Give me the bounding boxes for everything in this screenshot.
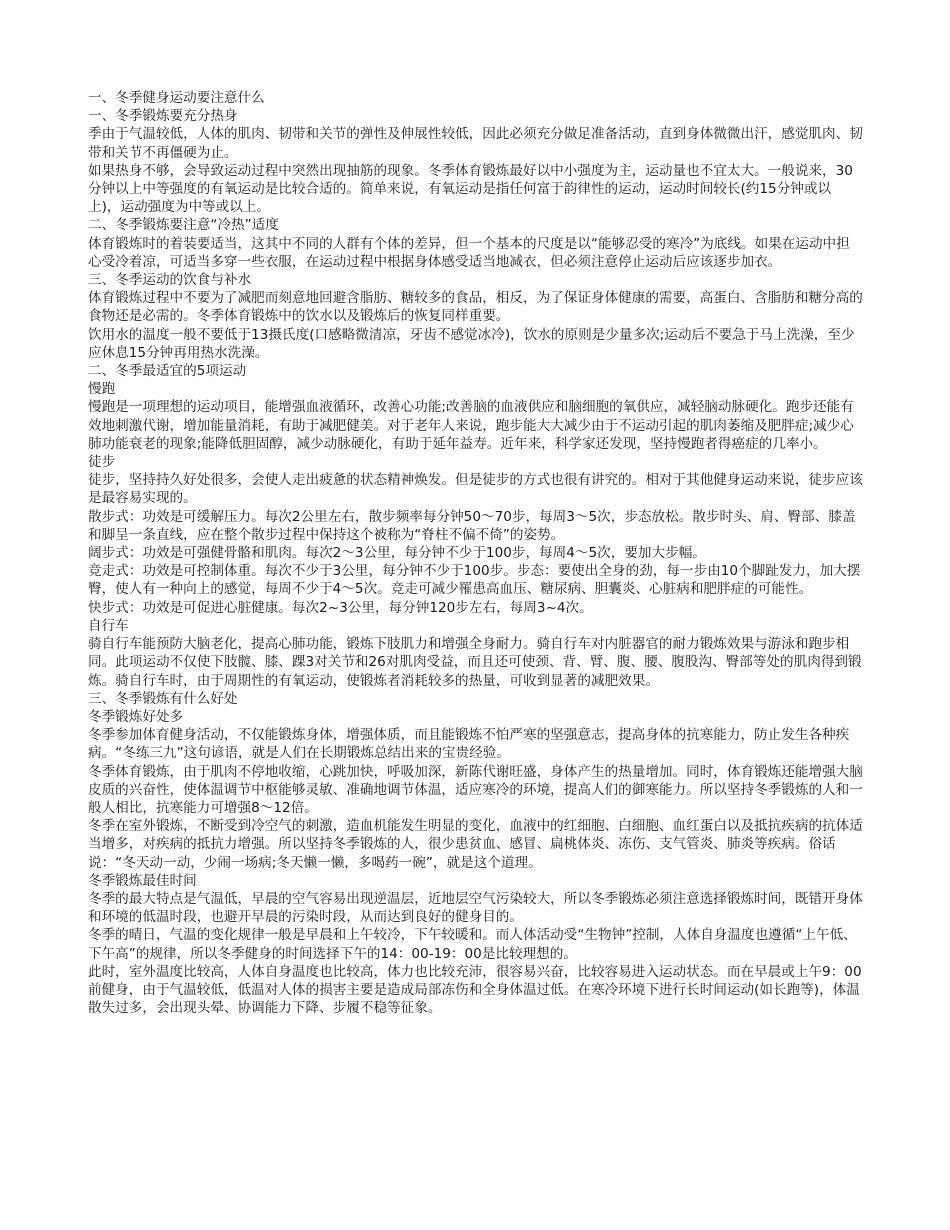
subheading: 慢跑 — [88, 380, 863, 398]
paragraph: 慢跑是一项理想的运动项目，能增强血液循环，改善心功能;改善脑的血液供应和脑细胞的… — [88, 398, 863, 453]
subheading: 冬季锻炼好处多 — [88, 708, 863, 726]
paragraph: 竞走式：功效是可控制体重。每次不少于3公里，每分钟不少于100步。步态：要使出全… — [88, 562, 863, 598]
paragraph: 此时，室外温度比较高，人体自身温度也比较高，体力也比较充沛，很容易兴奋，比较容易… — [88, 963, 863, 1018]
document-page: 一、冬季健身运动要注意什么 一、冬季锻炼要充分热身 季由于气温较低，人体的肌肉、… — [88, 89, 863, 1017]
paragraph: 徒步，坚持持久好处很多，会使人走出疲惫的状态精神焕发。但是徒步的方式也很有讲究的… — [88, 471, 863, 507]
paragraph: 冬季体育锻炼，由于肌肉不停地收缩，心跳加快，呼吸加深，新陈代谢旺盛，身体产生的热… — [88, 763, 863, 818]
paragraph: 冬季参加体育健身活动，不仅能锻炼身体，增强体质，而且能锻炼不怕严寒的坚强意志，提… — [88, 726, 863, 762]
paragraph: 阔步式：功效是可强健骨骼和肌肉。每次2～3公里，每分钟不少于100步，每周4～5… — [88, 544, 863, 562]
paragraph: 骑自行车能预防大脑老化，提高心肺功能，锻炼下肢肌力和增强全身耐力。骑自行车对内脏… — [88, 635, 863, 690]
section-heading: 三、冬季运动的饮食与补水 — [88, 271, 863, 289]
paragraph: 体育锻炼时的着装要适当，这其中不同的人群有个体的差异，但一个基本的尺度是以“能够… — [88, 235, 863, 271]
paragraph: 如果热身不够，会导致运动过程中突然出现抽筋的现象。冬季体育锻炼最好以中小强度为主… — [88, 162, 863, 217]
section-heading: 一、冬季锻炼要充分热身 — [88, 107, 863, 125]
subheading: 徒步 — [88, 453, 863, 471]
paragraph: 饮用水的温度一般不要低于13摄氏度(口感略微清凉，牙齿不感觉冰冷)，饮水的原则是… — [88, 326, 863, 362]
paragraph: 散步式：功效是可缓解压力。每次2公里左右，散步频率每分钟50～70步，每周3～5… — [88, 508, 863, 544]
subheading: 自行车 — [88, 617, 863, 635]
paragraph: 冬季的晴日，气温的变化规律一般是早晨和上午较冷，下午较暖和。而人体活动受“生物钟… — [88, 926, 863, 962]
section-heading: 三、冬季锻炼有什么好处 — [88, 690, 863, 708]
paragraph: 季由于气温较低，人体的肌肉、韧带和关节的弹性及伸展性较低，因此必须充分做足准备活… — [88, 125, 863, 161]
paragraph: 体育锻炼过程中不要为了减肥而刻意地回避含脂肪、糖较多的食品，相反，为了保证身体健… — [88, 289, 863, 325]
doc-title: 一、冬季健身运动要注意什么 — [88, 89, 863, 107]
section-heading: 二、冬季锻炼要注意“冷热”适度 — [88, 216, 863, 234]
section-heading: 二、冬季最适宜的5项运动 — [88, 362, 863, 380]
paragraph: 快步式：功效是可促进心脏健康。每次2~3公里，每分钟120步左右，每周3~4次。 — [88, 599, 863, 617]
subheading: 冬季锻炼最佳时间 — [88, 872, 863, 890]
paragraph: 冬季在室外锻炼，不断受到冷空气的刺激，造血机能发生明显的变化，血液中的红细胞、白… — [88, 817, 863, 872]
paragraph: 冬季的最大特点是气温低，早晨的空气容易出现逆温层，近地层空气污染较大，所以冬季锻… — [88, 890, 863, 926]
